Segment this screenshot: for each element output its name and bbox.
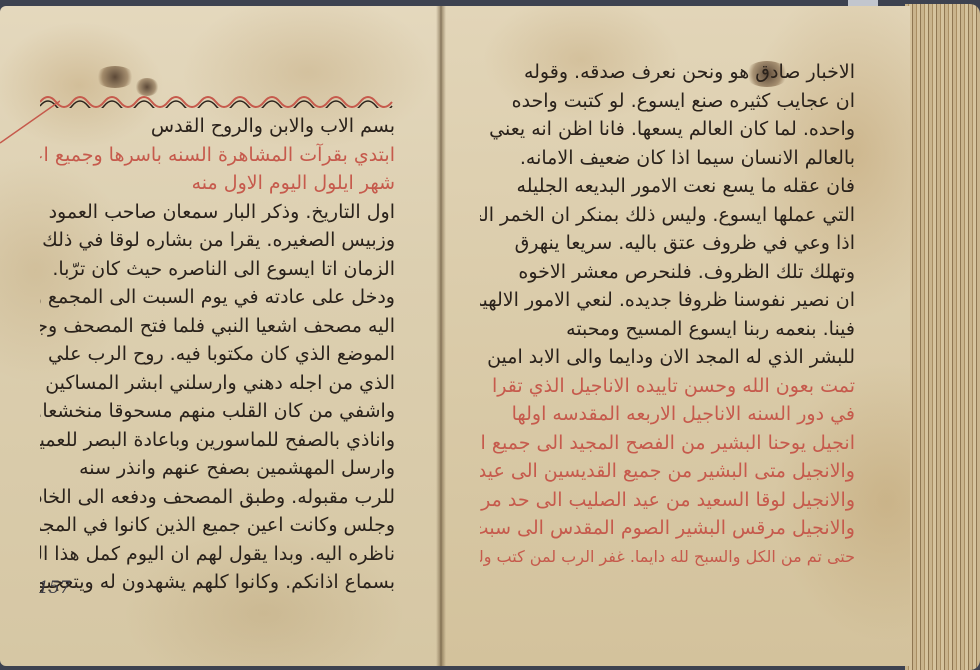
colophon-line: والانجيل مرقس البشير الصوم المقدس الى سب… [480, 514, 855, 543]
folio-number: 157 [38, 578, 70, 598]
colophon-line: في دور السنه الاناجيل الاربعه المقدسه او… [480, 400, 855, 429]
text-line: الموضع الذي كان مكتوبا فيه. روح الرب علي [40, 340, 395, 369]
text-line: ودخل على عادته في يوم السبت الى المجمع و… [40, 283, 395, 312]
text-line: وزبيس الصغيره. يقرا من بشاره لوقا في ذلك [40, 226, 395, 255]
manuscript-spread: بسم الاب والابن والروح القدس ابتدي بقرآت… [0, 0, 980, 670]
colophon-line: حتى تم من الكل والسبح لله دايما. غفر الر… [480, 543, 855, 572]
burn-mark [95, 66, 135, 88]
colophon-line: والانجيل لوقا السعيد من عيد الصليب الى ح… [480, 486, 855, 515]
text-line: للبشر الذي له المجد الان ودايما والى الا… [480, 343, 855, 372]
colophon-line: انجيل يوحنا البشير من الفصح المجيد الى ج… [480, 429, 855, 458]
text-line: وارسل المهشمين بصفح عنهم وانذر سنه [40, 454, 395, 483]
text-line: بسماع اذانكم. وكانوا كلهم يشهدون له ويتع… [40, 568, 395, 597]
text-line: التي عملها ايسوع. وليس ذلك بمنكر ان الخم… [480, 201, 855, 230]
text-line: للرب مقبوله. وطبق المصحف ودفعه الى الخاد… [40, 483, 395, 512]
text-line: ان عجايب كثيره صنع ايسوع. لو كتبت واحده [480, 87, 855, 116]
colophon-line: تمت بعون الله وحسن تاييده الاناجيل الذي … [480, 372, 855, 401]
gutter [436, 6, 446, 666]
text-line: بالعالم الانسان سيما اذا كان ضعيف الامان… [480, 144, 855, 173]
text-line: واشفي من كان القلب منهم مسحوقا منخشعا. [40, 397, 395, 426]
text-line: واناذي بالصفح للماسورين وباعادة البصر لل… [40, 426, 395, 455]
text-line: الذي من اجله دهني وارسلني ابشر المساكين [40, 369, 395, 398]
colophon-line: والانجيل متى البشير من جميع القديسين الى… [480, 457, 855, 486]
text-line: اول التاريخ. وذكر البار سمعان صاحب العمو… [40, 198, 395, 227]
rubric-line: ابتدي بقرآت المشاهرة السنه باسرها وجميع … [40, 141, 395, 170]
text-line: ان نصير نفوسنا ظروفا جديده. لنعي الامور … [480, 286, 855, 315]
right-page-text: الاخبار صادق هو ونحن نعرف صدقه. وقوله ان… [480, 58, 855, 571]
text-line: بسم الاب والابن والروح القدس [40, 112, 395, 141]
left-page-text: بسم الاب والابن والروح القدس ابتدي بقرآت… [40, 112, 395, 597]
text-line: وتهلك تلك الظروف. فلنحرص معشر الاخوه [480, 258, 855, 287]
text-line: ناظره اليه. وبدا يقول لهم ان اليوم كمل ه… [40, 540, 395, 569]
text-line: فينا. بنعمه ربنا ايسوع المسيح ومحبته [480, 315, 855, 344]
text-line: الزمان اتا ايسوع الى الناصره حيث كان ترّ… [40, 255, 395, 284]
text-line: اليه مصحف اشعيا النبي فلما فتح المصحف وج… [40, 312, 395, 341]
decorative-header-band [40, 88, 395, 108]
text-line: الاخبار صادق هو ونحن نعرف صدقه. وقوله [480, 58, 855, 87]
text-line: اذا وعي في ظروف عتق باليه. سريعا ينهرق [480, 229, 855, 258]
page-edges [905, 4, 980, 670]
rubric-line: شهر ايلول اليوم الاول منه [40, 169, 395, 198]
text-line: وجلس وكانت اعين جميع الذين كانوا في المج… [40, 511, 395, 540]
text-line: فان عقله ما يسع نعت الامور البديعه الجلي… [480, 172, 855, 201]
text-line: واحده. لما كان العالم يسعها. فانا اظن ان… [480, 115, 855, 144]
